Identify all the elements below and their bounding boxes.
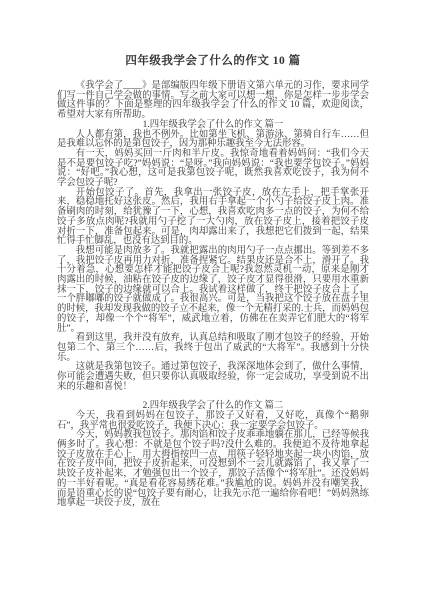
document-page: 四年级我学会了什么的作文 10 篇 《我学会了____》是部编版四年级下册语文第… — [0, 0, 423, 600]
essay1-paragraph-4: 我想可能是肉放多了。我就把露出的肉用勺子一点点挪出。等到差不多了，我把饺子皮再用… — [57, 247, 369, 334]
essay1-paragraph-3: 开始包饺子了。首先，我拿出一张饺子皮，放在左手上，把手掌张开来，稳稳地托好这张皮… — [57, 189, 369, 247]
essay2-paragraph-2: 今天，妈妈教我包饺子。那肉馅和饺子皮乖乖地躺在那儿，已经等候我俩多时了。我心想：… — [57, 431, 369, 509]
essay2-paragraph-1: 今天，我看到妈妈在包饺子，那饺子又好看，又好吃，真像个“鹅卵石”，我平常也很爱吃… — [57, 412, 369, 431]
essay1-paragraph-5: 看到这里，我并没有放弃，认真总结和吸取了刚才包饺子的经验，开始包第二个、第三个…… — [57, 334, 369, 363]
intro-paragraph: 《我学会了____》是部编版四年级下册语文第六单元的习作，要求同学们写一件自己学… — [57, 82, 369, 121]
essay1-paragraph-2: 有一天，妈妈买回一斤肉和半斤皮。我惊奇地看着妈妈问：“我们今天是不是要包饺子吃?… — [57, 150, 369, 189]
essay1-paragraph-6: 这就是我第包饺子。通过第包饺子，我深深地体会到了，做什么事情，你可能会遭遇失败，… — [57, 363, 369, 392]
essay1-paragraph-1: 人人都有第，我也不例外。比如第坐飞机、第游泳、第骑自行车……但是我难以忘怀的是第… — [57, 131, 369, 150]
document-title: 四年级我学会了什么的作文 10 篇 — [57, 55, 369, 68]
